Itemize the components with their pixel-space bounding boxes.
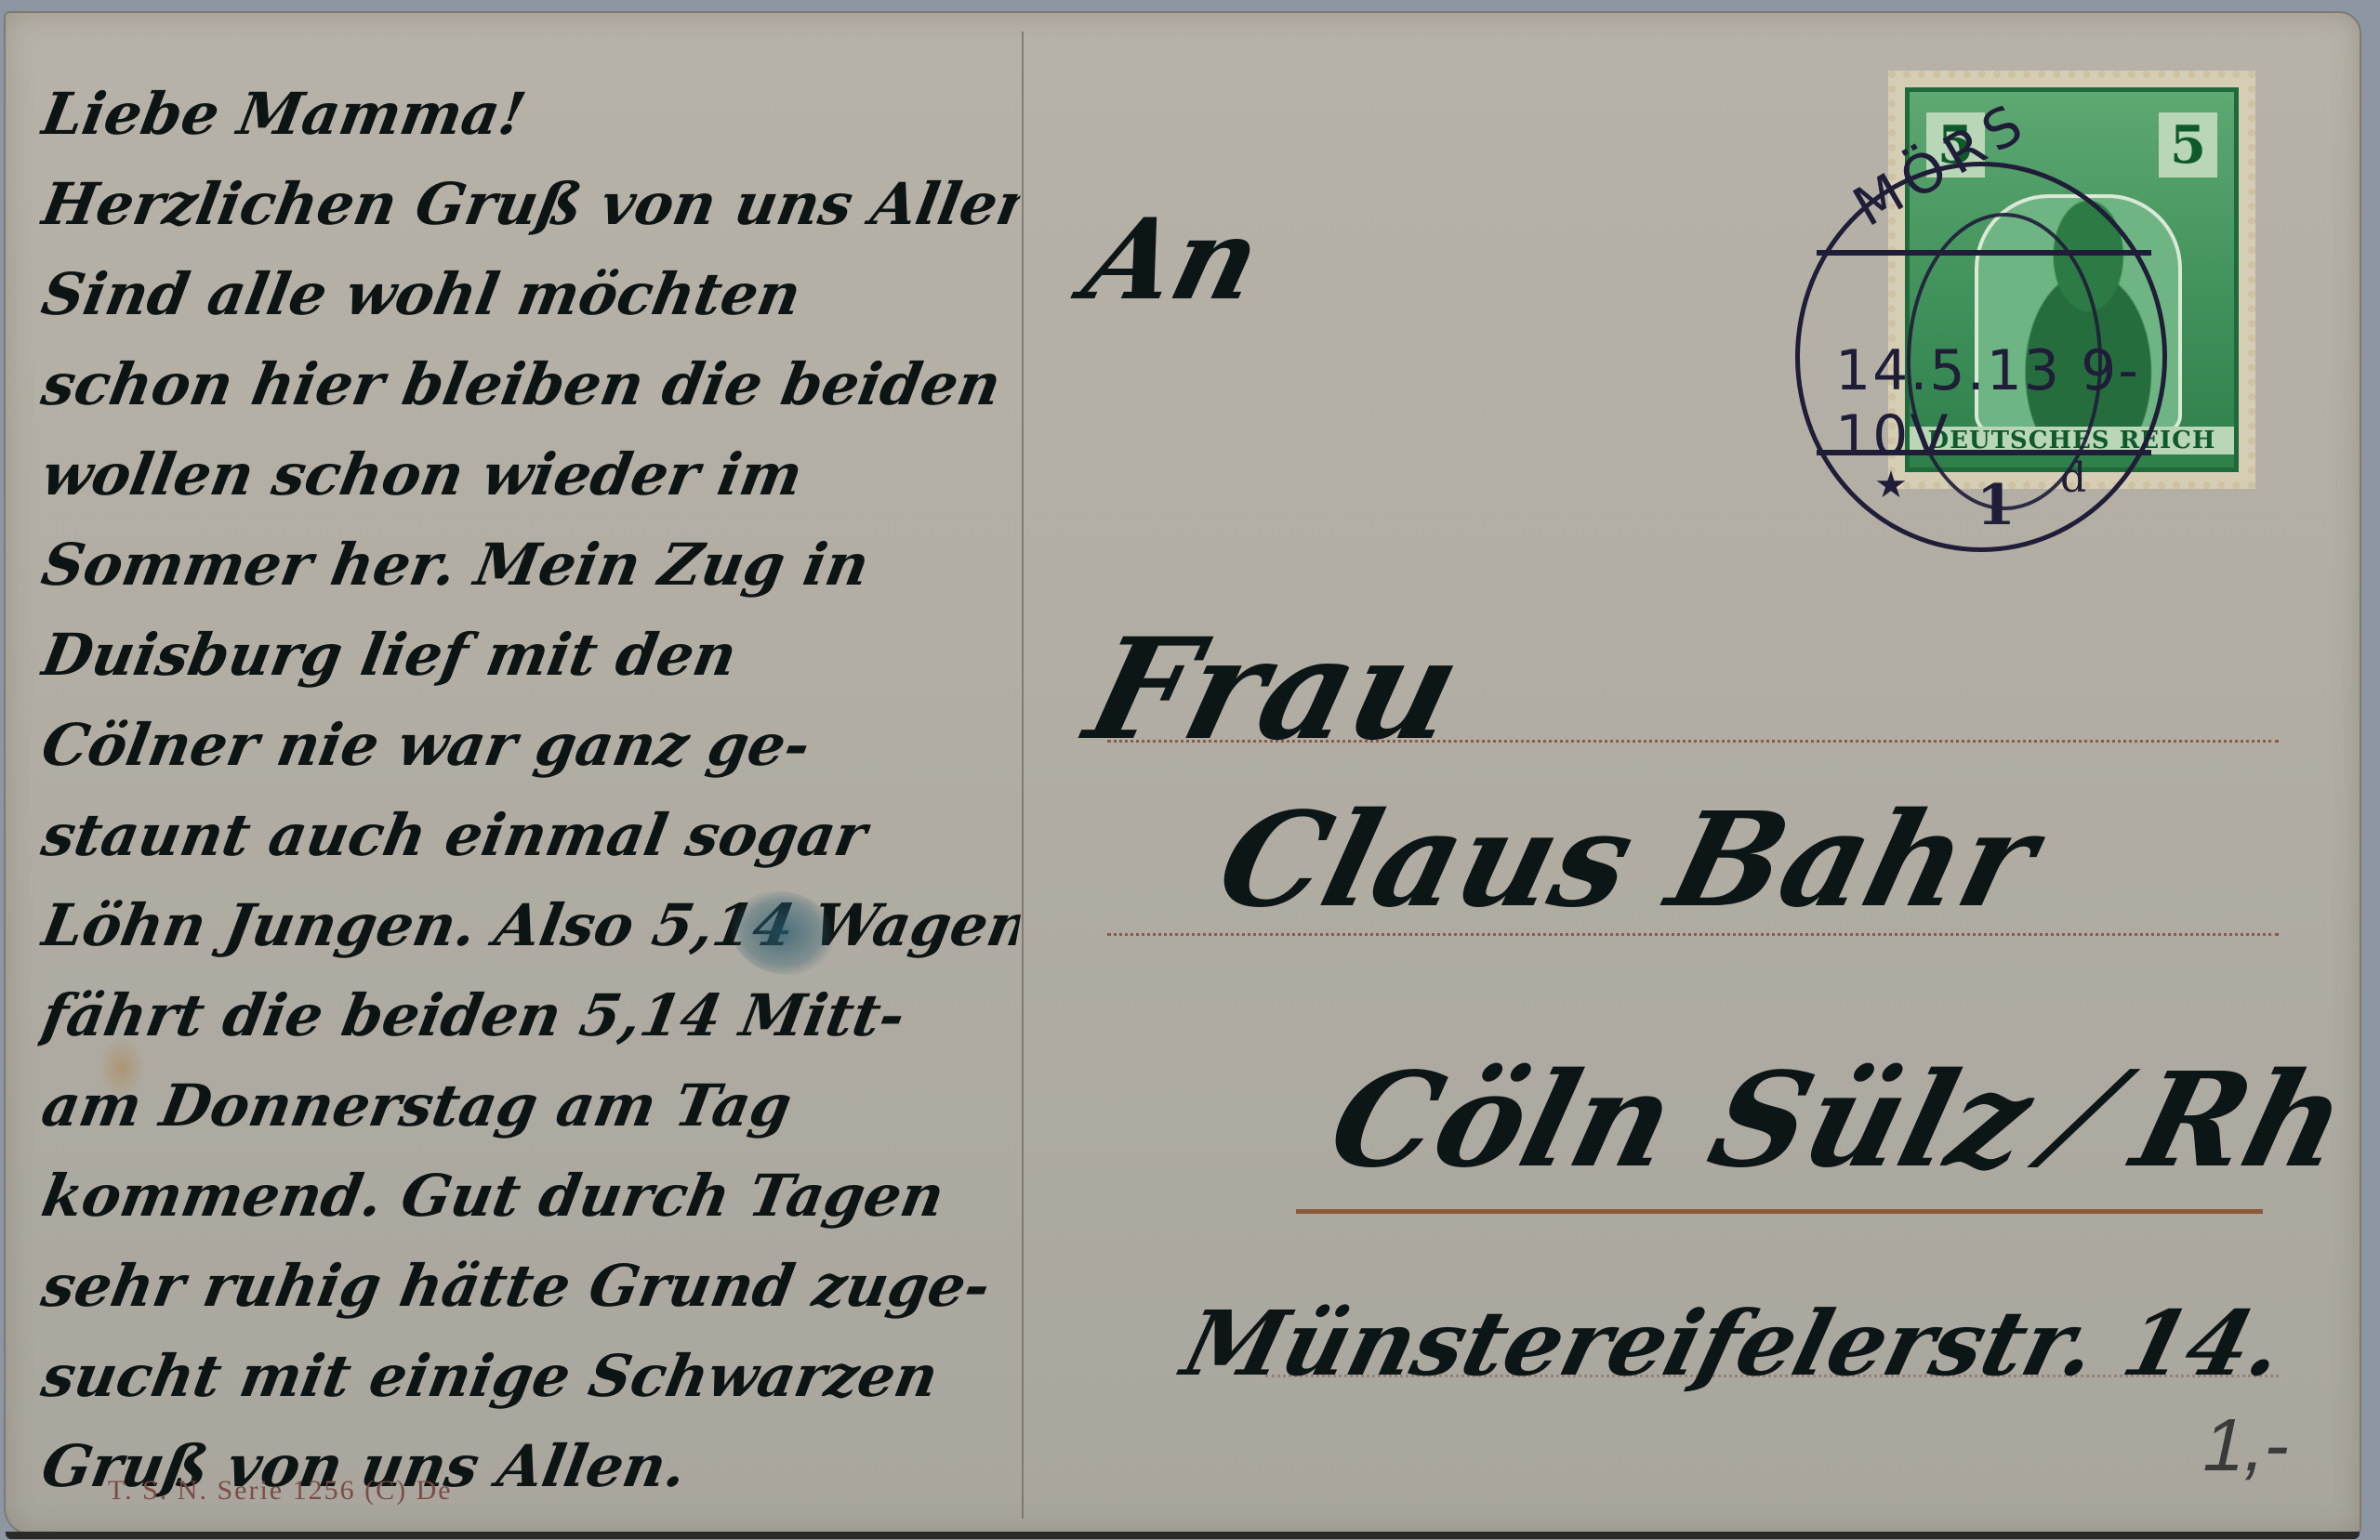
postmark-letter: d: [2060, 454, 2086, 502]
message-line: Löhn Jungen. Also 5,14 Wagen: [34, 880, 1026, 970]
message-line: am Donnerstag am Tag: [34, 1060, 1026, 1151]
handwritten-message: Liebe Mamma! Herzlichen Gruß von uns All…: [43, 69, 1019, 1511]
stamp-value-right: 5: [2159, 112, 2217, 178]
message-line: fährt die beiden 5,14 Mitt-: [34, 970, 1026, 1060]
star-icon: ★: [1874, 464, 1908, 507]
recipient-title: Frau: [1073, 608, 1475, 771]
message-line: schon hier bleiben die beiden: [34, 339, 1026, 429]
postcard: Liebe Mamma! Herzlichen Gruß von uns All…: [6, 13, 2360, 1533]
message-line: Liebe Mamma!: [34, 69, 1026, 159]
recipient-city: Cöln Sülz ⁄ Rh: [1316, 1045, 2361, 1197]
message-line: Herzlichen Gruß von uns Allen.: [34, 159, 1026, 249]
message-line: kommend. Gut durch Tagen: [34, 1151, 1026, 1241]
message-line: Duisburg lief mit den: [34, 610, 1026, 700]
recipient-street: Münstereifelerstr. 14.: [1173, 1291, 2294, 1396]
message-line: sehr ruhig hätte Grund zuge-: [34, 1241, 1026, 1331]
postmark: MÖRS 14.5.13 9-10V ★ 1 d: [1795, 162, 2167, 552]
publisher-imprint: T. S. N. Serie 1256 (C) De: [108, 1475, 453, 1507]
postmark-bar: [1817, 250, 2151, 256]
message-line: sucht mit einige Schwarzen: [34, 1331, 1026, 1421]
postmark-date: 14.5.13 9-10V: [1835, 338, 2162, 468]
postmark-number: 1: [1977, 473, 2016, 538]
message-line: Sind alle wohl möchten: [34, 249, 1026, 339]
message-line: Sommer her. Mein Zug in: [34, 520, 1026, 610]
brown-stain: [99, 1035, 145, 1100]
message-line: Cölner nie war ganz ge-: [34, 700, 1026, 790]
recipient-name: Claus Bahr: [1205, 784, 2051, 937]
address-solid-line: [1296, 1209, 2263, 1214]
address-salutation: An: [1072, 194, 1273, 325]
message-line: staunt auch einmal sogar: [34, 790, 1026, 880]
message-line: wollen schon wieder im: [34, 429, 1026, 520]
pencil-price-note: 1,-: [2195, 1402, 2300, 1488]
